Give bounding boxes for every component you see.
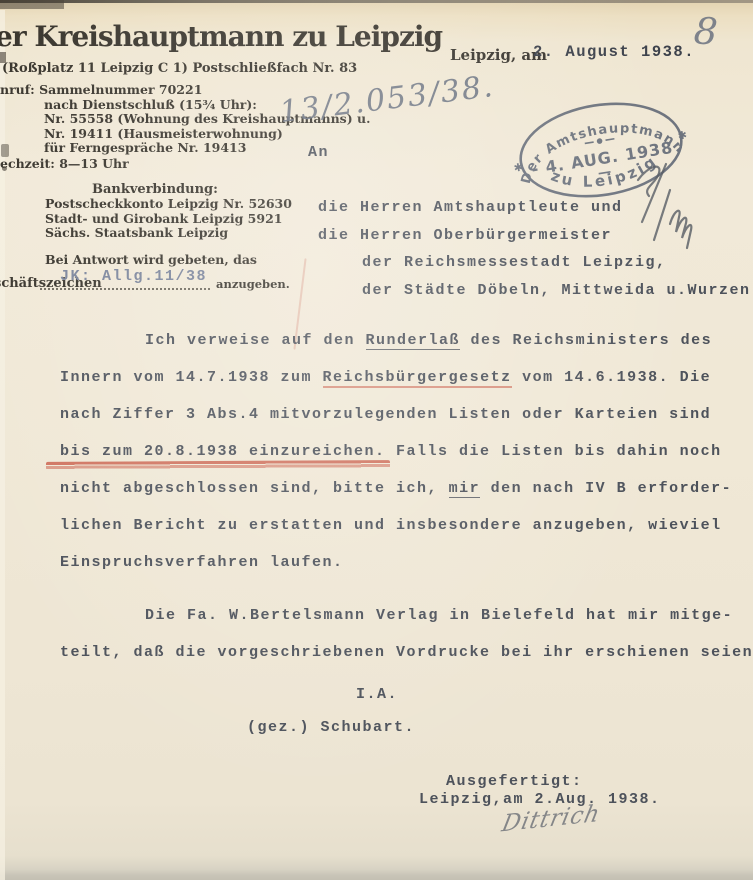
bank-line: Sächs. Staatsbank Leipzig — [45, 226, 320, 241]
body-line: Einspruchsverfahren laufen. — [60, 544, 740, 581]
bank-line: Postscheckkonto Leipzig Nr. 52630 — [45, 197, 320, 212]
body-text: Die Fa. W.Bertelsmann Verlag in Bielefel… — [145, 607, 733, 624]
issued-label: Ausgefertigt: — [446, 773, 583, 790]
scan-edge-top — [0, 0, 753, 3]
salutation-an: An — [308, 144, 329, 161]
reference-suffix: anzugeben. — [216, 277, 290, 291]
bank-heading: Bankverbindung: — [92, 183, 320, 198]
body-line: bis zum 20.8.1938 einzureichen. Falls di… — [60, 433, 740, 470]
letter-body: Ich verweise auf den Runderlaß des Reich… — [60, 322, 740, 671]
body-text: vom 14.6.1938. Die — [512, 369, 712, 386]
red-underlined-word: Reichsbürgergesetz — [323, 369, 512, 388]
body-line: Ich verweise auf den Runderlaß des Reich… — [60, 322, 740, 359]
paragraph-1: Ich verweise auf den Runderlaß des Reich… — [60, 322, 740, 581]
recipient-line: der Städte Döbeln, Mittweida u.Wurzen. — [362, 277, 753, 305]
body-line: lichen Bericht zu erstatten und insbeson… — [60, 507, 740, 544]
letterhead-phone-line: für Ferngespräche Nr. 19413 — [44, 141, 320, 156]
letterhead-phone-line: Nr. 19411 (Hausmeisterwohnung) — [44, 127, 320, 142]
scan-corner-shadow — [0, 0, 64, 9]
letterhead-title: er Kreishauptmann zu Leipzig — [0, 20, 320, 54]
body-line: nicht abgeschlossen sind, bitte ich, mir… — [60, 470, 740, 507]
body-text: Ich verweise auf den — [145, 332, 366, 349]
recipient-line: die Herren Amtshauptleute und — [318, 194, 753, 222]
body-text: nicht abgeschlossen sind, bitte ich, — [60, 480, 449, 497]
signature-typed-name: (gez.) Schubart. — [247, 719, 415, 736]
stamp-star-left: ✱ — [513, 161, 524, 175]
issued-place-date: Leipzig,am 2.Aug. 1938. — [419, 791, 661, 808]
letterhead-phone-line: Nr. 55558 (Wohnung des Kreishauptmanns) … — [44, 112, 320, 127]
recipient-block: die Herren Amtshauptleute und die Herren… — [318, 194, 753, 304]
recipient-line: der Reichsmessestadt Leipzig, — [362, 249, 753, 277]
body-text: den nach IV B erforder- — [480, 480, 732, 497]
date-typed: 2. August 1938. — [533, 43, 695, 61]
reference-dotted-line — [40, 288, 210, 290]
body-line: teilt, daß die vorgeschriebenen Vordruck… — [60, 634, 740, 671]
letterhead-address: (Roßplatz 11 Leipzig C 1) Postschließfac… — [2, 61, 320, 76]
body-text: Falls die Listen bis dahin noch — [386, 443, 722, 460]
body-line: nach Ziffer 3 Abs.4 mitvorzulegenden Lis… — [60, 396, 740, 433]
body-text: teilt, daß die vorgeschriebenen Vordruck… — [60, 644, 753, 661]
handwritten-page-number: 8 — [693, 9, 719, 54]
underlined-word: Runderlaß — [366, 332, 461, 350]
reference-number-typed: JK: Allg.11/38 — [60, 268, 207, 285]
letterhead-phone-line: nruf: Sammelnummer 70221 — [0, 83, 320, 98]
red-underlined-phrase: bis zum 20.8.1938 einzureichen. — [60, 443, 386, 460]
bank-line: Stadt- und Girobank Leipzig 5921 — [45, 212, 320, 227]
document-page: er Kreishauptmann zu Leipzig (Roßplatz 1… — [0, 0, 753, 880]
reference-note: Bei Antwort wird gebeten, das — [45, 253, 320, 268]
paragraph-2: Die Fa. W.Bertelsmann Verlag in Bielefel… — [60, 597, 740, 671]
letterhead: er Kreishauptmann zu Leipzig (Roßplatz 1… — [0, 20, 320, 298]
body-text: Einspruchsverfahren laufen. — [60, 554, 344, 571]
reference-row: schäftszeichen JK: Allg.11/38 anzugeben. — [0, 268, 320, 298]
body-text: des Reichsministers des — [460, 332, 712, 349]
letterhead-office-hours: echzeit: 8—13 Uhr — [0, 157, 320, 172]
recipient-line: die Herren Oberbürgermeister — [318, 222, 753, 250]
body-text: Innern vom 14.7.1938 zum — [60, 369, 323, 386]
underlined-word: mir — [449, 480, 481, 498]
stamp-star-right: ✱ — [677, 128, 688, 142]
body-text: nach Ziffer 3 Abs.4 mitvorzulegenden Lis… — [60, 406, 711, 423]
body-text: lichen Bericht zu erstatten und insbeson… — [60, 517, 722, 534]
body-line: Innern vom 14.7.1938 zum Reichsbürgerges… — [60, 359, 740, 396]
body-line: Die Fa. W.Bertelsmann Verlag in Bielefel… — [60, 597, 740, 634]
signature-per-procura: I.A. — [356, 686, 398, 703]
